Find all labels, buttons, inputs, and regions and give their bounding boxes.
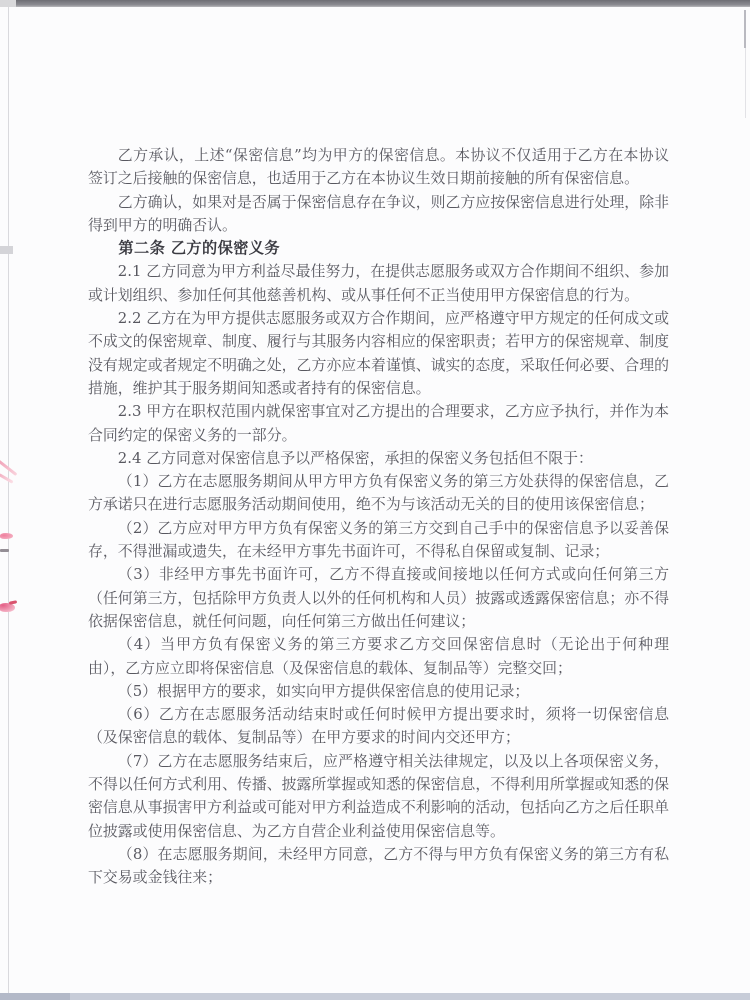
paragraph: （6）乙方在志愿服务活动结束时或任何时候甲方提出要求时，须将一切保密信息（及保密… (88, 703, 669, 750)
paragraph: （4）当甲方负有保密义务的第三方要求乙方交回保密信息时（无论出于何种理由），乙方… (88, 633, 669, 680)
scan-edge-top-notch (0, 0, 16, 7)
paragraph: （3）非经甲方事先书面许可，乙方不得直接或间接地以任何方式或向任何第三方（任何第… (88, 563, 669, 633)
page-edge-line-right (744, 10, 746, 48)
section-heading: 第二条 乙方的保密义务 (88, 237, 669, 260)
scan-edge-bottom-dark (0, 993, 70, 1000)
page-edge-line-right-faint (745, 48, 746, 118)
paragraph: （5）根据甲方的要求，如实向甲方提供保密信息的使用记录； (88, 680, 669, 703)
page-fold-line-left (8, 7, 9, 993)
paragraph: 2.2 乙方在为甲方提供志愿服务或双方合作期间，应严格遵守甲方规定的任何成文或不… (88, 307, 669, 400)
document-body: 乙方承认，上述“保密信息”均为甲方的保密信息。本协议不仅适用于乙方在本协议签订之… (88, 144, 669, 890)
ink-bleed-mark (0, 603, 15, 612)
paragraph: 2.3 甲方在职权范围内就保密事宜对乙方提出的合理要求，乙方应予执行，并作为本合… (88, 400, 669, 447)
paragraph: （1）乙方在志愿服务期间从甲方甲方负有保密义务的第三方处获得的保密信息，乙方承诺… (88, 470, 669, 517)
paragraph: （8）在志愿服务期间，未经甲方同意，乙方不得与甲方负有保密义务的第三方有私下交易… (88, 843, 669, 890)
paragraph: 2.4 乙方同意对保密信息予以严格保密，承担的保密义务包括但不限于： (88, 447, 669, 470)
scan-edge-left-patch (0, 246, 13, 254)
ink-bleed-mark (0, 533, 13, 539)
scan-edge-top (0, 0, 750, 7)
scanned-contract-page: 乙方承认，上述“保密信息”均为甲方的保密信息。本协议不仅适用于乙方在本协议签订之… (0, 0, 750, 1000)
ink-bleed-mark (0, 549, 9, 552)
paragraph: （7）乙方在志愿服务结束后，应严格遵守相关法律规定，以及以上各项保密义务，不得以… (88, 750, 669, 843)
ink-bleed-mark (0, 473, 14, 483)
paragraph: 乙方确认，如果对是否属于保密信息存在争议，则乙方应按保密信息进行处理，除非得到甲… (88, 191, 669, 238)
paragraph: 乙方承认，上述“保密信息”均为甲方的保密信息。本协议不仅适用于乙方在本协议签订之… (88, 144, 669, 191)
scan-edge-bottom (0, 993, 750, 1000)
paragraph: （2）乙方应对甲方甲方负有保密义务的第三方交到自己手中的保密信息予以妥善保存，不… (88, 517, 669, 564)
paragraph: 2.1 乙方同意为甲方利益尽最佳努力，在提供志愿服务或双方合作期间不组织、参加或… (88, 260, 669, 307)
